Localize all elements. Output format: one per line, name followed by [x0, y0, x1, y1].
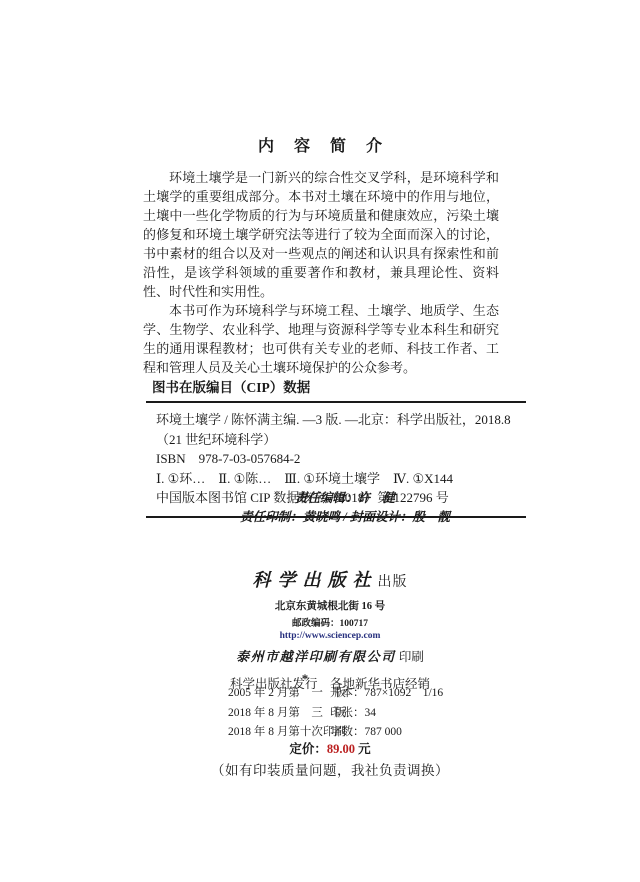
intro-paragraph-1: 环境土壤学是一门新兴的综合性交叉学科，是环境科学和土壤学的重要组成部分。本书对土… — [143, 168, 499, 301]
price-unit: 元 — [355, 742, 371, 756]
price-value: 89.00 — [327, 742, 355, 756]
credit-editor: 责任编辑：许 健 — [130, 489, 560, 508]
credit-print-design: 责任印制：黄晓鸣 / 封面设计：殷 靓 — [130, 508, 560, 527]
intro-heading: 内 容 简 介 — [143, 133, 499, 156]
cip-line-title: 环境土壤学 / 陈怀满主编. —3 版. —北京：科学出版社，2018.8 — [156, 410, 526, 430]
cip-line-isbn: ISBN 978-7-03-057684-2 — [156, 449, 526, 469]
publisher-postal-code: 邮政编码：100717 — [115, 615, 545, 629]
content-summary-section: 内 容 简 介 环境土壤学是一门新兴的综合性交叉学科，是环境科学和土壤学的重要组… — [143, 133, 499, 377]
sheets-count: 印张：34 — [330, 707, 376, 719]
intro-paragraph-2: 本书可作为环境科学与环境工程、土壤学、地质学、生态学、生物学、农业科学、地理与资… — [143, 301, 499, 377]
edition-first: 2005 年 2 月第 一 版 — [228, 684, 330, 704]
credits-section: 责任编辑：许 健 责任印制：黄晓鸣 / 封面设计：殷 靓 — [130, 489, 560, 527]
print-run-row: 2005 年 2 月第 一 版开本：787×1092 1/16 — [228, 684, 443, 704]
format-spec: 开本：787×1092 1/16 — [330, 687, 443, 699]
publisher-name-suffix: 出版 — [378, 575, 408, 590]
cip-line-series: （21 世纪环境科学） — [156, 430, 526, 450]
print-run-section: 2005 年 2 月第 一 版开本：787×1092 1/16 2018 年 8… — [228, 684, 443, 743]
publisher-url: http://www.sciencep.com — [115, 631, 545, 641]
publisher-name-calligraphic: 科学出版社 — [253, 570, 378, 590]
publisher-name: 科学出版社出版 — [115, 566, 545, 592]
cip-line-classification: Ⅰ. ①环… Ⅱ. ①陈… Ⅲ. ①环境土壤学 Ⅳ. ①X144 — [156, 469, 526, 489]
word-count: 字数：787 000 — [330, 726, 402, 738]
quality-notice: （如有印装质量问题，我社负责调换） — [115, 759, 545, 779]
edition-third: 2018 年 8 月第 三 版 — [228, 704, 330, 724]
publisher-address: 北京东黄城根北街 16 号 — [115, 598, 545, 613]
print-run-row: 2018 年 8 月第 三 版印张：34 — [228, 704, 443, 724]
cip-heading: 图书在版编目（CIP）数据 — [146, 376, 526, 396]
price-line: 定价：89.00 元 — [115, 739, 545, 757]
printer-name-calligraphic: 泰州市越洋印刷有限公司 — [236, 649, 396, 664]
printer-suffix: 印刷 — [396, 650, 424, 664]
book-copyright-page: 内 容 简 介 环境土壤学是一门新兴的综合性交叉学科，是环境科学和土壤学的重要组… — [0, 0, 640, 882]
printer-line: 泰州市越洋印刷有限公司 印刷 — [115, 646, 545, 665]
price-label: 定价： — [289, 742, 327, 756]
